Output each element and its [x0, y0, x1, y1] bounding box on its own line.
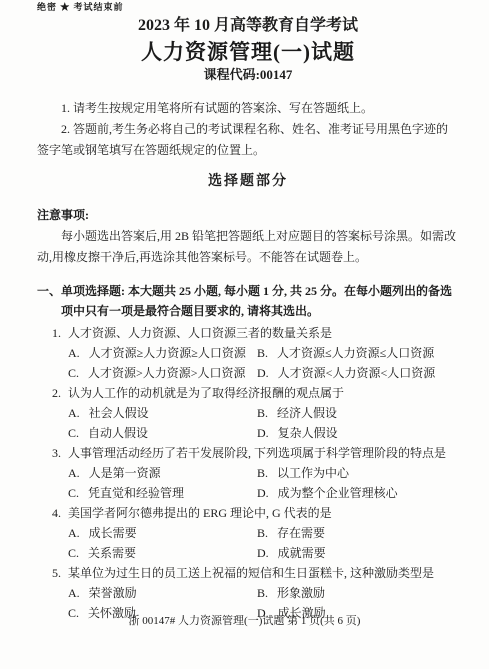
- question-text: 认为人工作的动机就是为了取得经济报酬的观点属于: [68, 386, 344, 400]
- option-label: A.: [68, 526, 80, 540]
- question-number: 3.: [52, 446, 61, 460]
- option-b: B.以工作为中心: [257, 463, 459, 483]
- option-label: A.: [68, 346, 80, 360]
- option-d: D.人才资源<人力资源<人口资源: [257, 363, 459, 383]
- mcq-section-heading: 一、单项选择题: 本大题共 25 小题, 每小题 1 分, 共 25 分。在每小…: [37, 281, 459, 321]
- question-text: 人才资源、人力资源、人口资源三者的数量关系是: [68, 326, 332, 340]
- option-text: 形象激励: [277, 586, 325, 600]
- option-text: 成就需要: [278, 546, 326, 560]
- option-a: A.成长需要: [68, 523, 257, 543]
- option-a: A.荣誉激励: [68, 583, 257, 603]
- option-text: 人才资源≥人力资源≥人口资源: [89, 346, 246, 360]
- option-text: 人是第一资源: [89, 466, 161, 480]
- question-list: 1.人才资源、人力资源、人口资源三者的数量关系是 A.人才资源≥人力资源≥人口资…: [37, 323, 459, 623]
- option-text: 关系需要: [88, 546, 136, 560]
- question-text: 美国学者阿尔德弗提出的 ERG 理论中, G 代表的是: [68, 506, 332, 520]
- exam-session-title: 2023 年 10 月高等教育自学考试: [37, 16, 459, 36]
- option-d: D.复杂人假设: [257, 423, 459, 443]
- question-number: 2.: [52, 386, 61, 400]
- option-a: A.社会人假设: [68, 403, 257, 423]
- question-options: A.人才资源≥人力资源≥人口资源 B.人才资源≤人力资源≤人口资源 C.人才资源…: [68, 343, 459, 383]
- option-a: A.人才资源≥人力资源≥人口资源: [68, 343, 257, 363]
- option-text: 成长需要: [89, 526, 137, 540]
- question-number: 1.: [52, 326, 61, 340]
- secrecy-label: 绝密 ★ 考试结束前: [37, 2, 459, 13]
- option-text: 存在需要: [277, 526, 325, 540]
- instruction-item-2: 2. 答题前,考生务必将自己的考试课程名称、姓名、准考证号用黑色字迹的签字笔或钢…: [37, 119, 459, 161]
- question-number: 5.: [52, 566, 61, 580]
- section-title: 选择题部分: [37, 173, 459, 191]
- instructions: 1. 请考生按规定用笔将所有试题的答案涂、写在答题纸上。 2. 答题前,考生务必…: [37, 98, 459, 161]
- option-c: C.凭直觉和经验管理: [68, 483, 257, 503]
- exam-paper-page: 绝密 ★ 考试结束前 2023 年 10 月高等教育自学考试 人力资源管理(一)…: [0, 0, 489, 669]
- option-b: B.形象激励: [257, 583, 459, 603]
- option-label: B.: [257, 346, 268, 360]
- option-d: D.成就需要: [257, 543, 459, 563]
- option-label: D.: [257, 426, 269, 440]
- option-label: A.: [68, 406, 80, 420]
- question-2: 2.认为人工作的动机就是为了取得经济报酬的观点属于 A.社会人假设 B.经济人假…: [37, 383, 459, 443]
- option-label: C.: [68, 546, 79, 560]
- question-text-line: 5.某单位为过生日的员工送上祝福的短信和生日蛋糕卡, 这种激励类型是: [52, 563, 459, 583]
- option-label: D.: [257, 366, 269, 380]
- option-label: C.: [68, 486, 79, 500]
- option-label: B.: [257, 466, 268, 480]
- option-text: 成为整个企业管理核心: [278, 486, 398, 500]
- option-text: 荣誉激励: [89, 586, 137, 600]
- question-options: A.成长需要 B.存在需要 C.关系需要 D.成就需要: [68, 523, 459, 563]
- option-text: 自动人假设: [88, 426, 148, 440]
- option-text: 人才资源>人力资源>人口资源: [88, 366, 246, 380]
- option-label: D.: [257, 546, 269, 560]
- option-label: D.: [257, 486, 269, 500]
- option-b: B.人才资源≤人力资源≤人口资源: [257, 343, 459, 363]
- question-text: 某单位为过生日的员工送上祝福的短信和生日蛋糕卡, 这种激励类型是: [68, 566, 434, 580]
- option-label: C.: [68, 366, 79, 380]
- option-text: 复杂人假设: [278, 426, 338, 440]
- option-text: 社会人假设: [89, 406, 149, 420]
- question-text-line: 3.人事管理活动经历了若干发展阶段, 下列选项属于科学管理阶段的特点是: [52, 443, 459, 463]
- question-text: 人事管理活动经历了若干发展阶段, 下列选项属于科学管理阶段的特点是: [68, 446, 446, 460]
- option-b: B.存在需要: [257, 523, 459, 543]
- notice-body: 每小题选出答案后,用 2B 铅笔把答题纸上对应题目的答案标号涂黑。如需改动,用橡…: [37, 226, 459, 268]
- option-d: D.成为整个企业管理核心: [257, 483, 459, 503]
- question-number: 4.: [52, 506, 61, 520]
- question-text-line: 1.人才资源、人力资源、人口资源三者的数量关系是: [52, 323, 459, 343]
- option-label: C.: [68, 426, 79, 440]
- question-3: 3.人事管理活动经历了若干发展阶段, 下列选项属于科学管理阶段的特点是 A.人是…: [37, 443, 459, 503]
- course-code: 课程代码:00147: [37, 67, 459, 83]
- question-text-line: 2.认为人工作的动机就是为了取得经济报酬的观点属于: [52, 383, 459, 403]
- option-label: B.: [257, 406, 268, 420]
- option-text: 凭直觉和经验管理: [88, 486, 184, 500]
- option-label: B.: [257, 526, 268, 540]
- option-c: C.自动人假设: [68, 423, 257, 443]
- option-text: 人才资源<人力资源<人口资源: [278, 366, 436, 380]
- instruction-item-1: 1. 请考生按规定用笔将所有试题的答案涂、写在答题纸上。: [37, 98, 459, 119]
- question-options: A.人是第一资源 B.以工作为中心 C.凭直觉和经验管理 D.成为整个企业管理核…: [68, 463, 459, 503]
- option-label: A.: [68, 466, 80, 480]
- option-label: B.: [257, 586, 268, 600]
- option-c: C.关系需要: [68, 543, 257, 563]
- option-label: A.: [68, 586, 80, 600]
- option-text: 人才资源≤人力资源≤人口资源: [277, 346, 434, 360]
- page-footer: 浙 00147# 人力资源管理(一)试题 第 1 页(共 6 页): [0, 613, 489, 629]
- question-1: 1.人才资源、人力资源、人口资源三者的数量关系是 A.人才资源≥人力资源≥人口资…: [37, 323, 459, 383]
- question-text-line: 4.美国学者阿尔德弗提出的 ERG 理论中, G 代表的是: [52, 503, 459, 523]
- option-c: C.人才资源>人力资源>人口资源: [68, 363, 257, 383]
- question-options: A.社会人假设 B.经济人假设 C.自动人假设 D.复杂人假设: [68, 403, 459, 443]
- exam-title: 人力资源管理(一)试题: [37, 40, 459, 64]
- option-b: B.经济人假设: [257, 403, 459, 423]
- notice-heading: 注意事项:: [37, 205, 459, 226]
- option-a: A.人是第一资源: [68, 463, 257, 483]
- option-text: 以工作为中心: [277, 466, 349, 480]
- option-text: 经济人假设: [277, 406, 337, 420]
- question-4: 4.美国学者阿尔德弗提出的 ERG 理论中, G 代表的是 A.成长需要 B.存…: [37, 503, 459, 563]
